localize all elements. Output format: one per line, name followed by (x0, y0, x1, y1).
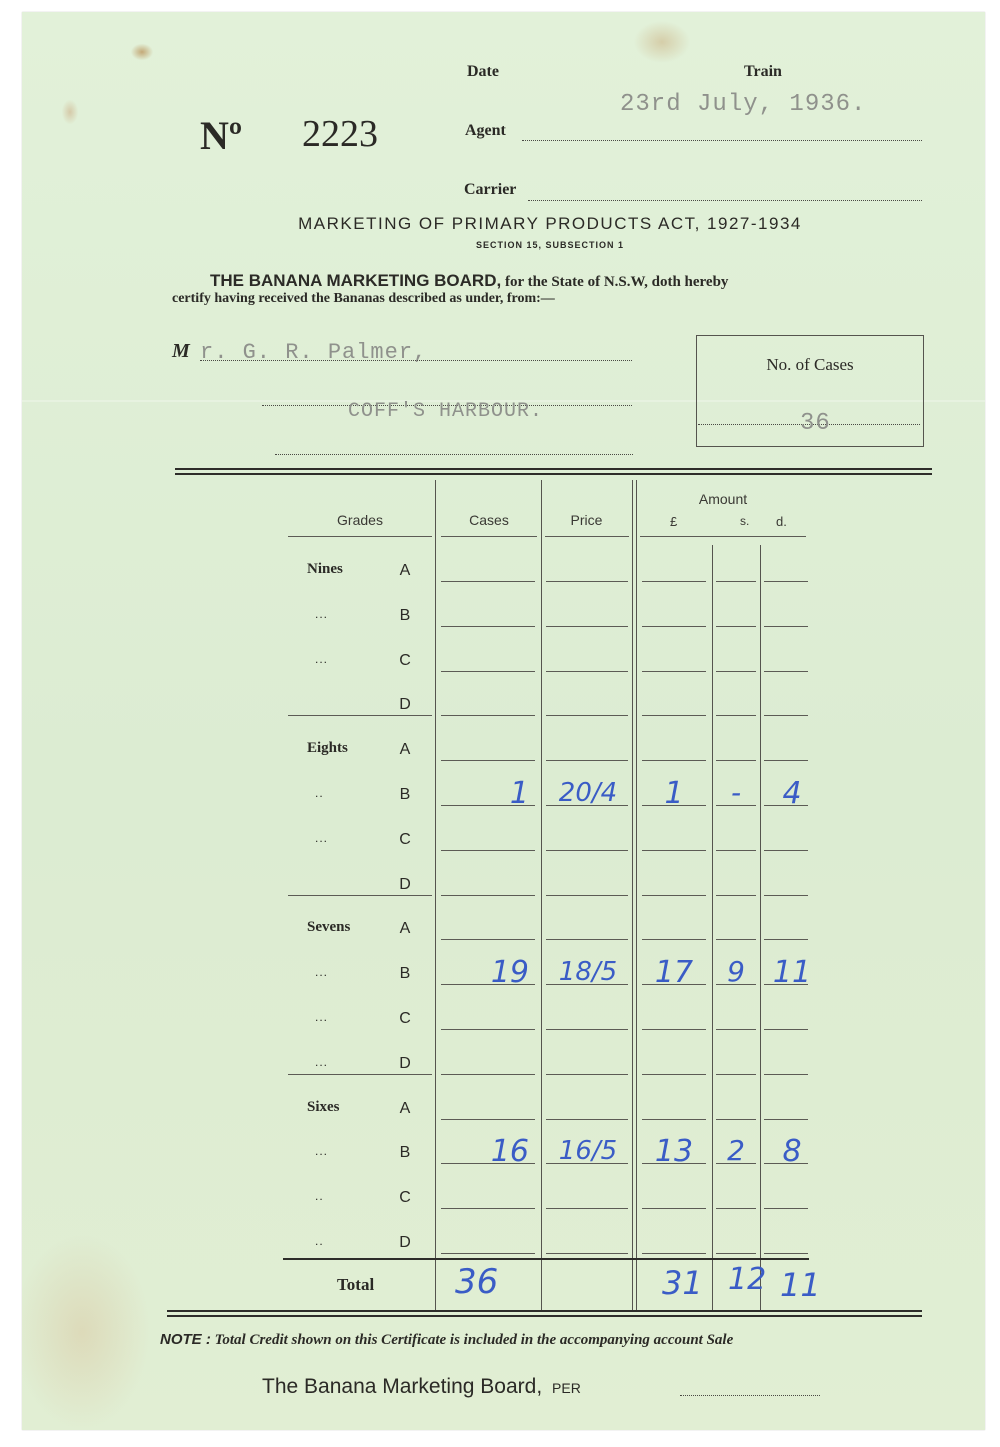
cases-cell[interactable]: 16 (441, 1134, 529, 1169)
grade-letter: A (395, 741, 415, 759)
agent-label: Agent (465, 122, 506, 140)
act-section: SECTION 15, SUBSECTION 1 (0, 240, 1000, 250)
price-cell-line (546, 1208, 628, 1209)
pounds-cell-line (642, 1119, 706, 1120)
pence-cell-line (764, 715, 808, 716)
board-name: THE BANANA MARKETING BOARD, (210, 271, 501, 290)
pounds-cell-line (642, 671, 706, 672)
signature-line: The Banana Marketing Board, PER (262, 1375, 581, 1399)
col-divider-price-2 (636, 480, 637, 1310)
shillings-cell-line (716, 1119, 756, 1120)
shillings-cell-line (716, 939, 756, 940)
shillings-cell[interactable]: - (716, 776, 756, 809)
grade-group-name: Eights (307, 740, 348, 757)
grade-group-name: Sevens (307, 919, 350, 936)
from-address-field-2[interactable] (275, 454, 633, 455)
header-underline (640, 536, 806, 537)
price-cell-line (546, 850, 628, 851)
note-label: NOTE : (160, 1331, 211, 1348)
col-divider-grades (435, 480, 436, 1310)
header-underline (288, 536, 432, 537)
shillings-cell-line (716, 895, 756, 896)
cases-cell-line (441, 626, 535, 627)
price-cell[interactable]: 18/5 (546, 957, 630, 987)
shillings-cell[interactable]: 2 (716, 1134, 756, 1167)
price-cell-line (546, 581, 628, 582)
shillings-cell-line (716, 1074, 756, 1075)
grade-ditto-dots: ... (315, 652, 328, 666)
date-label: Date (467, 63, 499, 81)
header-shillings: s. (740, 514, 749, 528)
pounds-cell[interactable]: 17 (642, 955, 706, 990)
shillings-cell-line (716, 671, 756, 672)
pence-cell-line (764, 581, 808, 582)
grade-letter: D (395, 1234, 415, 1252)
shillings-cell-line (716, 581, 756, 582)
table-top-rule-2 (175, 473, 932, 475)
grade-letter: A (395, 1100, 415, 1118)
grade-ditto-dots: ... (315, 1144, 328, 1158)
price-cell[interactable]: 20/4 (546, 778, 630, 808)
pence-cell-line (764, 671, 808, 672)
cases-cell-line (441, 850, 535, 851)
grade-group-divider (288, 1074, 432, 1075)
shillings-cell-line (716, 626, 756, 627)
total-shillings[interactable]: 12 (728, 1262, 766, 1297)
grade-letter: C (395, 1189, 415, 1207)
cases-box-value: 36 (800, 410, 831, 437)
cases-cell-line (441, 1208, 535, 1209)
grade-group-name: Nines (307, 561, 343, 578)
per-label: PER (552, 1380, 581, 1396)
col-divider-cases (541, 480, 542, 1310)
cases-cell-line (441, 1253, 535, 1254)
preamble-text: for the State of N.S.W, doth hereby (501, 274, 728, 290)
footer-note: NOTE : Total Credit shown on this Certif… (160, 1331, 733, 1349)
cases-cell-line (441, 895, 535, 896)
shillings-cell[interactable]: 9 (716, 955, 756, 988)
train-label: Train (744, 63, 782, 81)
cases-cell[interactable]: 1 (441, 776, 529, 811)
pence-cell-line (764, 895, 808, 896)
cases-cell-line (441, 1119, 535, 1120)
pence-cell[interactable]: 4 (764, 776, 820, 811)
price-cell-line (546, 1029, 628, 1030)
col-divider-price (632, 480, 633, 1310)
pence-cell[interactable]: 8 (764, 1134, 820, 1169)
from-name-field[interactable] (200, 360, 632, 361)
shillings-cell-line (716, 715, 756, 716)
cases-cell-line (441, 1029, 535, 1030)
header-underline (441, 536, 537, 537)
grade-letter: B (395, 786, 415, 804)
header-amount: Amount (638, 491, 808, 507)
preamble-line-1: THE BANANA MARKETING BOARD, for the Stat… (210, 271, 728, 291)
pence-cell-line (764, 1208, 808, 1209)
pounds-cell-line (642, 1029, 706, 1030)
grade-letter: C (395, 1010, 415, 1028)
price-cell-line (546, 1119, 628, 1120)
grade-letter: C (395, 831, 415, 849)
pounds-cell-line (642, 1253, 706, 1254)
price-cell-line (546, 671, 628, 672)
note-text: Total Credit shown on this Certificate i… (211, 1332, 733, 1348)
carrier-field[interactable] (528, 200, 922, 201)
grade-ditto-dots: .. (315, 786, 324, 800)
grade-ditto-dots: ... (315, 965, 328, 979)
price-cell-line (546, 1253, 628, 1254)
from-name: r. G. R. Palmer, (200, 340, 427, 365)
act-title: MARKETING OF PRIMARY PRODUCTS ACT, 1927-… (0, 214, 1000, 234)
total-rule (283, 1258, 809, 1260)
from-place: COFF'S HARBOUR. (348, 400, 543, 423)
shillings-cell-line (716, 1029, 756, 1030)
header-price: Price (541, 512, 632, 528)
shillings-cell-line (716, 1208, 756, 1209)
pounds-cell-line (642, 939, 706, 940)
price-cell-line (546, 715, 628, 716)
header-pounds: £ (670, 514, 677, 529)
pence-cell-line (764, 1253, 808, 1254)
pence-cell[interactable]: 11 (764, 955, 820, 990)
cases-cell-line (441, 1074, 535, 1075)
pounds-cell-line (642, 1074, 706, 1075)
typed-date: 23rd July, 1936. (620, 91, 866, 118)
grade-ditto-dots: .. (315, 1234, 324, 1248)
preamble-line-2: certify having received the Bananas desc… (172, 291, 555, 307)
pence-cell-line (764, 1029, 808, 1030)
grade-group-divider (288, 895, 432, 896)
shillings-cell-line (716, 1253, 756, 1254)
grade-group-divider (288, 715, 432, 716)
pounds-cell-line (642, 760, 706, 761)
certificate-number: 2223 (302, 112, 378, 156)
pounds-cell-line (642, 626, 706, 627)
shillings-cell-line (716, 760, 756, 761)
pounds-cell-line (642, 715, 706, 716)
pence-cell-line (764, 1119, 808, 1120)
grade-letter: B (395, 965, 415, 983)
header-pence: d. (776, 514, 787, 529)
table-bottom-rule-2 (167, 1315, 922, 1317)
grade-letter: A (395, 562, 415, 580)
cases-box-label: No. of Cases (696, 355, 924, 375)
grade-letter: C (395, 652, 415, 670)
pence-cell-line (764, 626, 808, 627)
total-pounds[interactable]: 31 (662, 1264, 703, 1302)
pounds-cell[interactable]: 13 (642, 1134, 706, 1169)
number-prefix: Nº (200, 112, 242, 159)
price-cell-line (546, 939, 628, 940)
pounds-cell-line (642, 1208, 706, 1209)
grade-letter: A (395, 920, 415, 938)
header-grades: Grades (290, 512, 430, 528)
price-cell-line (546, 895, 628, 896)
pence-cell-line (764, 1074, 808, 1075)
grade-ditto-dots: .. (315, 1189, 324, 1203)
total-cases[interactable]: 36 (455, 1262, 498, 1302)
table-bottom-rule (167, 1310, 922, 1312)
signature-board: The Banana Marketing Board, (262, 1375, 542, 1398)
shillings-cell-line (716, 850, 756, 851)
header-cases: Cases (437, 512, 541, 528)
grade-ditto-dots: ... (315, 831, 328, 845)
cases-cell-line (441, 715, 535, 716)
price-cell-line (546, 626, 628, 627)
pounds-cell-line (642, 895, 706, 896)
header-underline (545, 536, 629, 537)
grade-group-name: Sixes (307, 1099, 340, 1116)
total-label: Total (337, 1275, 374, 1295)
cases-cell-line (441, 760, 535, 761)
price-cell-line (546, 1074, 628, 1075)
grade-letter: B (395, 607, 415, 625)
pounds-cell-line (642, 850, 706, 851)
signature-field[interactable] (680, 1395, 820, 1396)
grade-letter: D (395, 876, 415, 894)
cases-cell-line (441, 581, 535, 582)
cases-cell-line (441, 671, 535, 672)
cases-cell-line (441, 939, 535, 940)
col-divider-pounds (712, 545, 713, 1310)
col-divider-shillings (760, 545, 761, 1310)
grade-letter: D (395, 1055, 415, 1073)
pence-cell-line (764, 939, 808, 940)
grade-letter: D (395, 696, 415, 714)
pence-cell-line (764, 760, 808, 761)
from-prefix: M (172, 340, 190, 363)
grade-letter: B (395, 1144, 415, 1162)
table-top-rule (175, 468, 932, 470)
cases-cell[interactable]: 19 (441, 955, 529, 990)
grade-ditto-dots: ... (315, 607, 328, 621)
grade-ditto-dots: ... (315, 1010, 328, 1024)
price-cell-line (546, 760, 628, 761)
price-cell[interactable]: 16/5 (546, 1136, 630, 1166)
total-pence[interactable]: 11 (780, 1266, 821, 1304)
agent-field[interactable] (522, 140, 922, 141)
pounds-cell[interactable]: 1 (642, 776, 706, 811)
carrier-label: Carrier (464, 181, 516, 199)
pounds-cell-line (642, 581, 706, 582)
grade-ditto-dots: ... (315, 1055, 328, 1069)
pence-cell-line (764, 850, 808, 851)
